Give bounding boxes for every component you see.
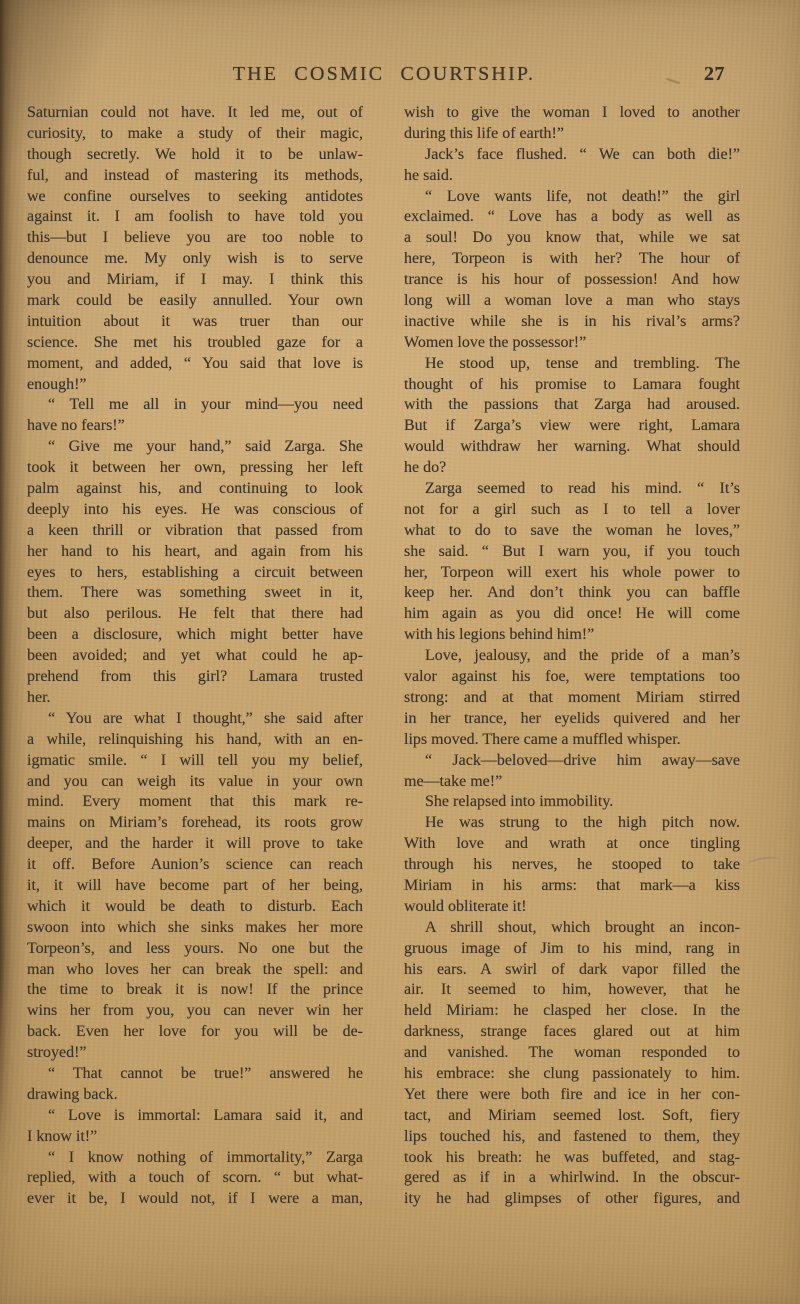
paragraph: He was strung to the high pitch now.With… [404,813,740,917]
text-line: what to do to save the woman he loves,” [404,521,740,542]
text-line: ever it be, I would not, if I were a man… [27,1189,363,1210]
text-line: inactive while she is in his rival’s arm… [404,312,740,333]
text-line: He stood up, tense and trembling. The [404,354,740,375]
text-line: which it would be death to disturb. Each [27,897,363,918]
text-line: Zarga seemed to read his mind. “ It’s [404,479,740,500]
text-line: “ Jack—beloved—drive him away—save [404,751,740,772]
text-line: the time to break it is now! If the prin… [27,980,363,1001]
text-line: deeply into his eyes. He was conscious o… [27,500,363,521]
text-line: her, Torpeon will exert his whole power … [404,563,740,584]
text-line: him again as you did once! He will come [404,604,740,625]
paragraph: “ Love is immortal: Lamara said it, andI… [27,1106,363,1148]
text-line: took it between her own, pressing her le… [27,458,363,479]
text-line: mind. Every moment that this mark re- [27,792,363,813]
text-line: science. She met his troubled gaze for a [27,333,363,354]
text-line: “ Love wants life, not death!” the girl [404,187,740,208]
paragraph: “ I know nothing of immortality,” Zargar… [27,1148,363,1211]
text-line: air. It seemed to him, however, that he [404,980,740,1001]
text-line: lips touched his, and fastened to them, … [404,1127,740,1148]
paragraph: A shrill shout, which brought an incon-g… [404,918,740,1210]
text-line: keep her. And don’t think you can baffle [404,583,740,604]
text-line: back. Even her love for you will be de- [27,1022,363,1043]
text-line: darkness, strange faces glared out at hi… [404,1022,740,1043]
text-line: man who loves her can break the spell: a… [27,960,363,981]
text-line: he do? [404,458,740,479]
text-line: it off. Before Aunion’s science can reac… [27,855,363,876]
text-line: against it. I am foolish to have told yo… [27,207,363,228]
column-left: Saturnian could not have. It led me, out… [27,103,363,1213]
page-number: 27 [704,63,725,86]
text-line: them. There was something sweet in it, [27,583,363,604]
text-line: stroyed!” [27,1043,363,1064]
text-line: his ears. A swirl of dark vapor filled t… [404,960,740,981]
text-line: ful, and instead of mastering its method… [27,166,363,187]
text-line: held Miriam: he clasped her close. In th… [404,1001,740,1022]
text-line: Torpeon’s, and less yours. No one but th… [27,939,363,960]
paragraph: “ Give me your hand,” said Zarga. Shetoo… [27,437,363,709]
text-line: a soul! Do you know that, while we sat [404,228,740,249]
text-line: A shrill shout, which brought an incon- [404,918,740,939]
text-line: though secretly. We hold it to be unlaw- [27,145,363,166]
text-line: would obliterate it! [404,897,740,918]
text-line: Miriam in his arms: that mark—a kiss [404,876,740,897]
text-line: “ Give me your hand,” said Zarga. She [27,437,363,458]
text-line: ity he had glimpses of other figures, an… [404,1189,740,1210]
text-line: Yet there were both fire and ice in her … [404,1085,740,1106]
text-line: thought of his promise to Lamara fought [404,375,740,396]
text-line: been a disclosure, which might better ha… [27,625,363,646]
text-line: strong: and at that moment Miriam stirre… [404,688,740,709]
text-line: but also perilous. He felt that there ha… [27,604,363,625]
paragraph: She relapsed into immobility. [404,792,740,813]
text-line: gered as if in a whirlwind. In the obscu… [404,1168,740,1189]
text-line: me—take me!” [404,772,740,793]
text-line: trance is his hour of possession! And ho… [404,270,740,291]
text-line: swoon into which she sinks makes her mor… [27,918,363,939]
text-line: wish to give the woman I loved to anothe… [404,103,740,124]
text-line: wins her from you, you can never win her [27,1001,363,1022]
text-line: “ That cannot be true!” answered he [27,1064,363,1085]
text-line: “ I know nothing of immortality,” Zarga [27,1148,363,1169]
text-line: drawing back. [27,1085,363,1106]
text-line: a while, relinquishing his hand, with an… [27,730,363,751]
paragraph: “ You are what I thought,” she said afte… [27,709,363,1064]
text-line: his embrace: she clung passionately to h… [404,1064,740,1085]
text-line: With love and wrath at once tingling [404,834,740,855]
text-line: mains on Miriam’s forehead, its roots gr… [27,813,363,834]
paragraph: He stood up, tense and trembling. Thetho… [404,354,740,479]
text-line: curiosity, to make a study of their magi… [27,124,363,145]
text-line: it, it will have become part of her bein… [27,876,363,897]
text-line: with his legions behind him!” [404,625,740,646]
paragraph: Saturnian could not have. It led me, out… [27,103,363,395]
text-line: igmatic smile. “ I will tell you my beli… [27,751,363,772]
text-line: replied, with a touch of scorn. “ but wh… [27,1168,363,1189]
paragraph: Jack’s face flushed. “ We can both die!”… [404,145,740,187]
text-line: Women love the possessor!” [404,333,740,354]
paragraph: Zarga seemed to read his mind. “ It’snot… [404,479,740,646]
paragraph: “ Tell me all in your mind—you needhave … [27,395,363,437]
text-line: eyes to hers, establishing a circuit bet… [27,563,363,584]
text-line: intuition about it was truer than our [27,312,363,333]
text-line: Love, jealousy, and the pride of a man’s [404,646,740,667]
text-line: here, Torpeon is with her? The hour of [404,249,740,270]
text-line: and vanished. The woman responded to [404,1043,740,1064]
text-line: enough!” [27,375,363,396]
text-line: her. [27,688,363,709]
paragraph: “ That cannot be true!” answered hedrawi… [27,1064,363,1106]
text-line: I know it!” [27,1127,363,1148]
text-line: “ Love is immortal: Lamara said it, and [27,1106,363,1127]
text-line: been avoided; and yet what could he ap- [27,646,363,667]
text-line: this—but I believe you are too noble to [27,228,363,249]
text-line: deeper, and the harder it will prove to … [27,834,363,855]
text-line: tact, and Miriam seemed lost. Soft, fier… [404,1106,740,1127]
text-line: palm against his, and continuing to look [27,479,363,500]
paragraph: “ Jack—beloved—drive him away—saveme—tak… [404,751,740,793]
text-line: exclaimed. “ Love has a body as well as [404,207,740,228]
text-line: “ You are what I thought,” she said afte… [27,709,363,730]
text-line: during this life of earth!” [404,124,740,145]
text-line: would withdraw her warning. What should [404,437,740,458]
paragraph: “ Love wants life, not death!” the girle… [404,187,740,354]
text-line: he said. [404,166,740,187]
text-line: prehend from this girl? Lamara trusted [27,667,363,688]
text-line: long will a woman love a man who stays [404,291,740,312]
text-line: you and Miriam, if I may. I think this [27,270,363,291]
text-line: we confine ourselves to seeking antidote… [27,187,363,208]
paragraph: Love, jealousy, and the pride of a man’s… [404,646,740,750]
text-line: gruous image of Jim to his mind, rang in [404,939,740,960]
text-line: “ Tell me all in your mind—you need [27,395,363,416]
text-line: in her trance, her eyelids quivered and … [404,709,740,730]
text-line: denounce me. My only wish is to serve [27,249,363,270]
text-line: and you can weigh its value in your own [27,772,363,793]
text-line: have no fears!” [27,416,363,437]
column-right: wish to give the woman I loved to anothe… [404,103,740,1213]
text-line: She relapsed into immobility. [404,792,740,813]
text-line: valor against his foe, were temptations … [404,667,740,688]
ink-fleck [471,945,475,948]
page-header: THE COSMIC COURTSHIP. 27 [27,63,741,89]
text-line: moment, and added, “ You said that love … [27,354,363,375]
text-line: mark could be easily annulled. Your own [27,291,363,312]
paragraph: wish to give the woman I loved to anothe… [404,103,740,145]
text-line: with the passions that Zarga had aroused… [404,395,740,416]
text-line: Saturnian could not have. It led me, out… [27,103,363,124]
text-line: she said. “ But I warn you, if you touch [404,542,740,563]
text-line: took his breath: he was buffeted, and st… [404,1148,740,1169]
text-line: But if Zarga’s view were right, Lamara [404,416,740,437]
text-line: Jack’s face flushed. “ We can both die!” [404,145,740,166]
text-line: He was strung to the high pitch now. [404,813,740,834]
text-line: not for a girl such as I to tell a lover [404,500,740,521]
running-title: THE COSMIC COURTSHIP. [233,63,535,85]
text-line: a keen thrill or vibration that passed f… [27,521,363,542]
text-line: lips moved. There came a muffled whisper… [404,730,740,751]
text-line: through his nerves, he stooped to take [404,855,740,876]
text-line: her hand to his heart, and again from hi… [27,542,363,563]
